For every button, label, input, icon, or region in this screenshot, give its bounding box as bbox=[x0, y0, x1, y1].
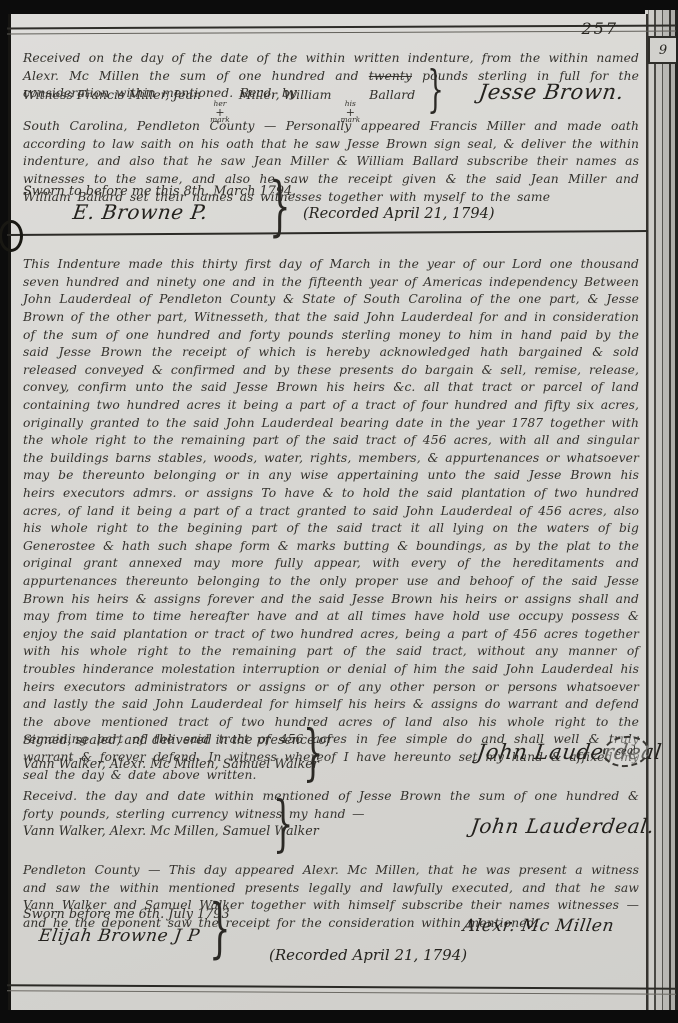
grantor-receipt-signature: John Lauderdeal. bbox=[469, 814, 656, 838]
witnesses-line: Witness Francis Miller, Jean her + mark … bbox=[23, 78, 444, 123]
recorded-note: (Recorded April 21, 1794) bbox=[303, 206, 495, 222]
witness-names-mid: Miller, William bbox=[239, 87, 332, 102]
deponent-signature: Alexr. Mc Millen bbox=[462, 916, 616, 936]
curly-brace: } bbox=[303, 722, 323, 783]
book-page-edges bbox=[645, 10, 678, 1010]
sworn-before-line: Sworn to before me this 8th. March 1794. bbox=[23, 183, 296, 201]
attestation-line: Signed, sealed, and delivered in the pre… bbox=[23, 731, 331, 749]
curly-brace: } bbox=[269, 175, 291, 240]
justice-signature: E. Browne P. bbox=[71, 200, 209, 224]
curly-brace: } bbox=[209, 897, 231, 962]
sworn-before-line-2: Sworn before me 6th. July 1793 bbox=[23, 906, 230, 924]
witness-names-prefix: Witness Francis Miller, Jean bbox=[23, 87, 201, 102]
top-ruled-line bbox=[7, 25, 676, 35]
record-divider-line bbox=[7, 230, 648, 236]
jesse-brown-signature: Jesse Brown. bbox=[477, 80, 625, 104]
indenture-body-paragraph: This Indenture made this thirty first da… bbox=[23, 256, 639, 784]
folio-tab-number: 9 bbox=[648, 36, 676, 64]
document-page: 257 9 Received on the day of the date of… bbox=[8, 14, 648, 1010]
witnesses-to-deed-line: Vann Walker, Alexr. Mc Millen, Samuel Wa… bbox=[23, 755, 319, 773]
justice-signature-2: Elijah Browne J P bbox=[38, 926, 202, 946]
curly-brace: } bbox=[427, 66, 444, 115]
recorded-note-2: (Recorded April 21, 1794) bbox=[269, 946, 467, 964]
curly-brace: } bbox=[273, 793, 293, 854]
seal-label: seal bbox=[615, 745, 636, 758]
folio-number: 257 bbox=[581, 19, 618, 38]
margin-ring-flourish bbox=[0, 220, 23, 252]
witness-names-suffix: Ballard bbox=[369, 87, 415, 102]
bottom-ruled-line bbox=[7, 984, 676, 995]
scanned-deed-book-page: 257 9 Received on the day of the date of… bbox=[0, 0, 678, 1023]
